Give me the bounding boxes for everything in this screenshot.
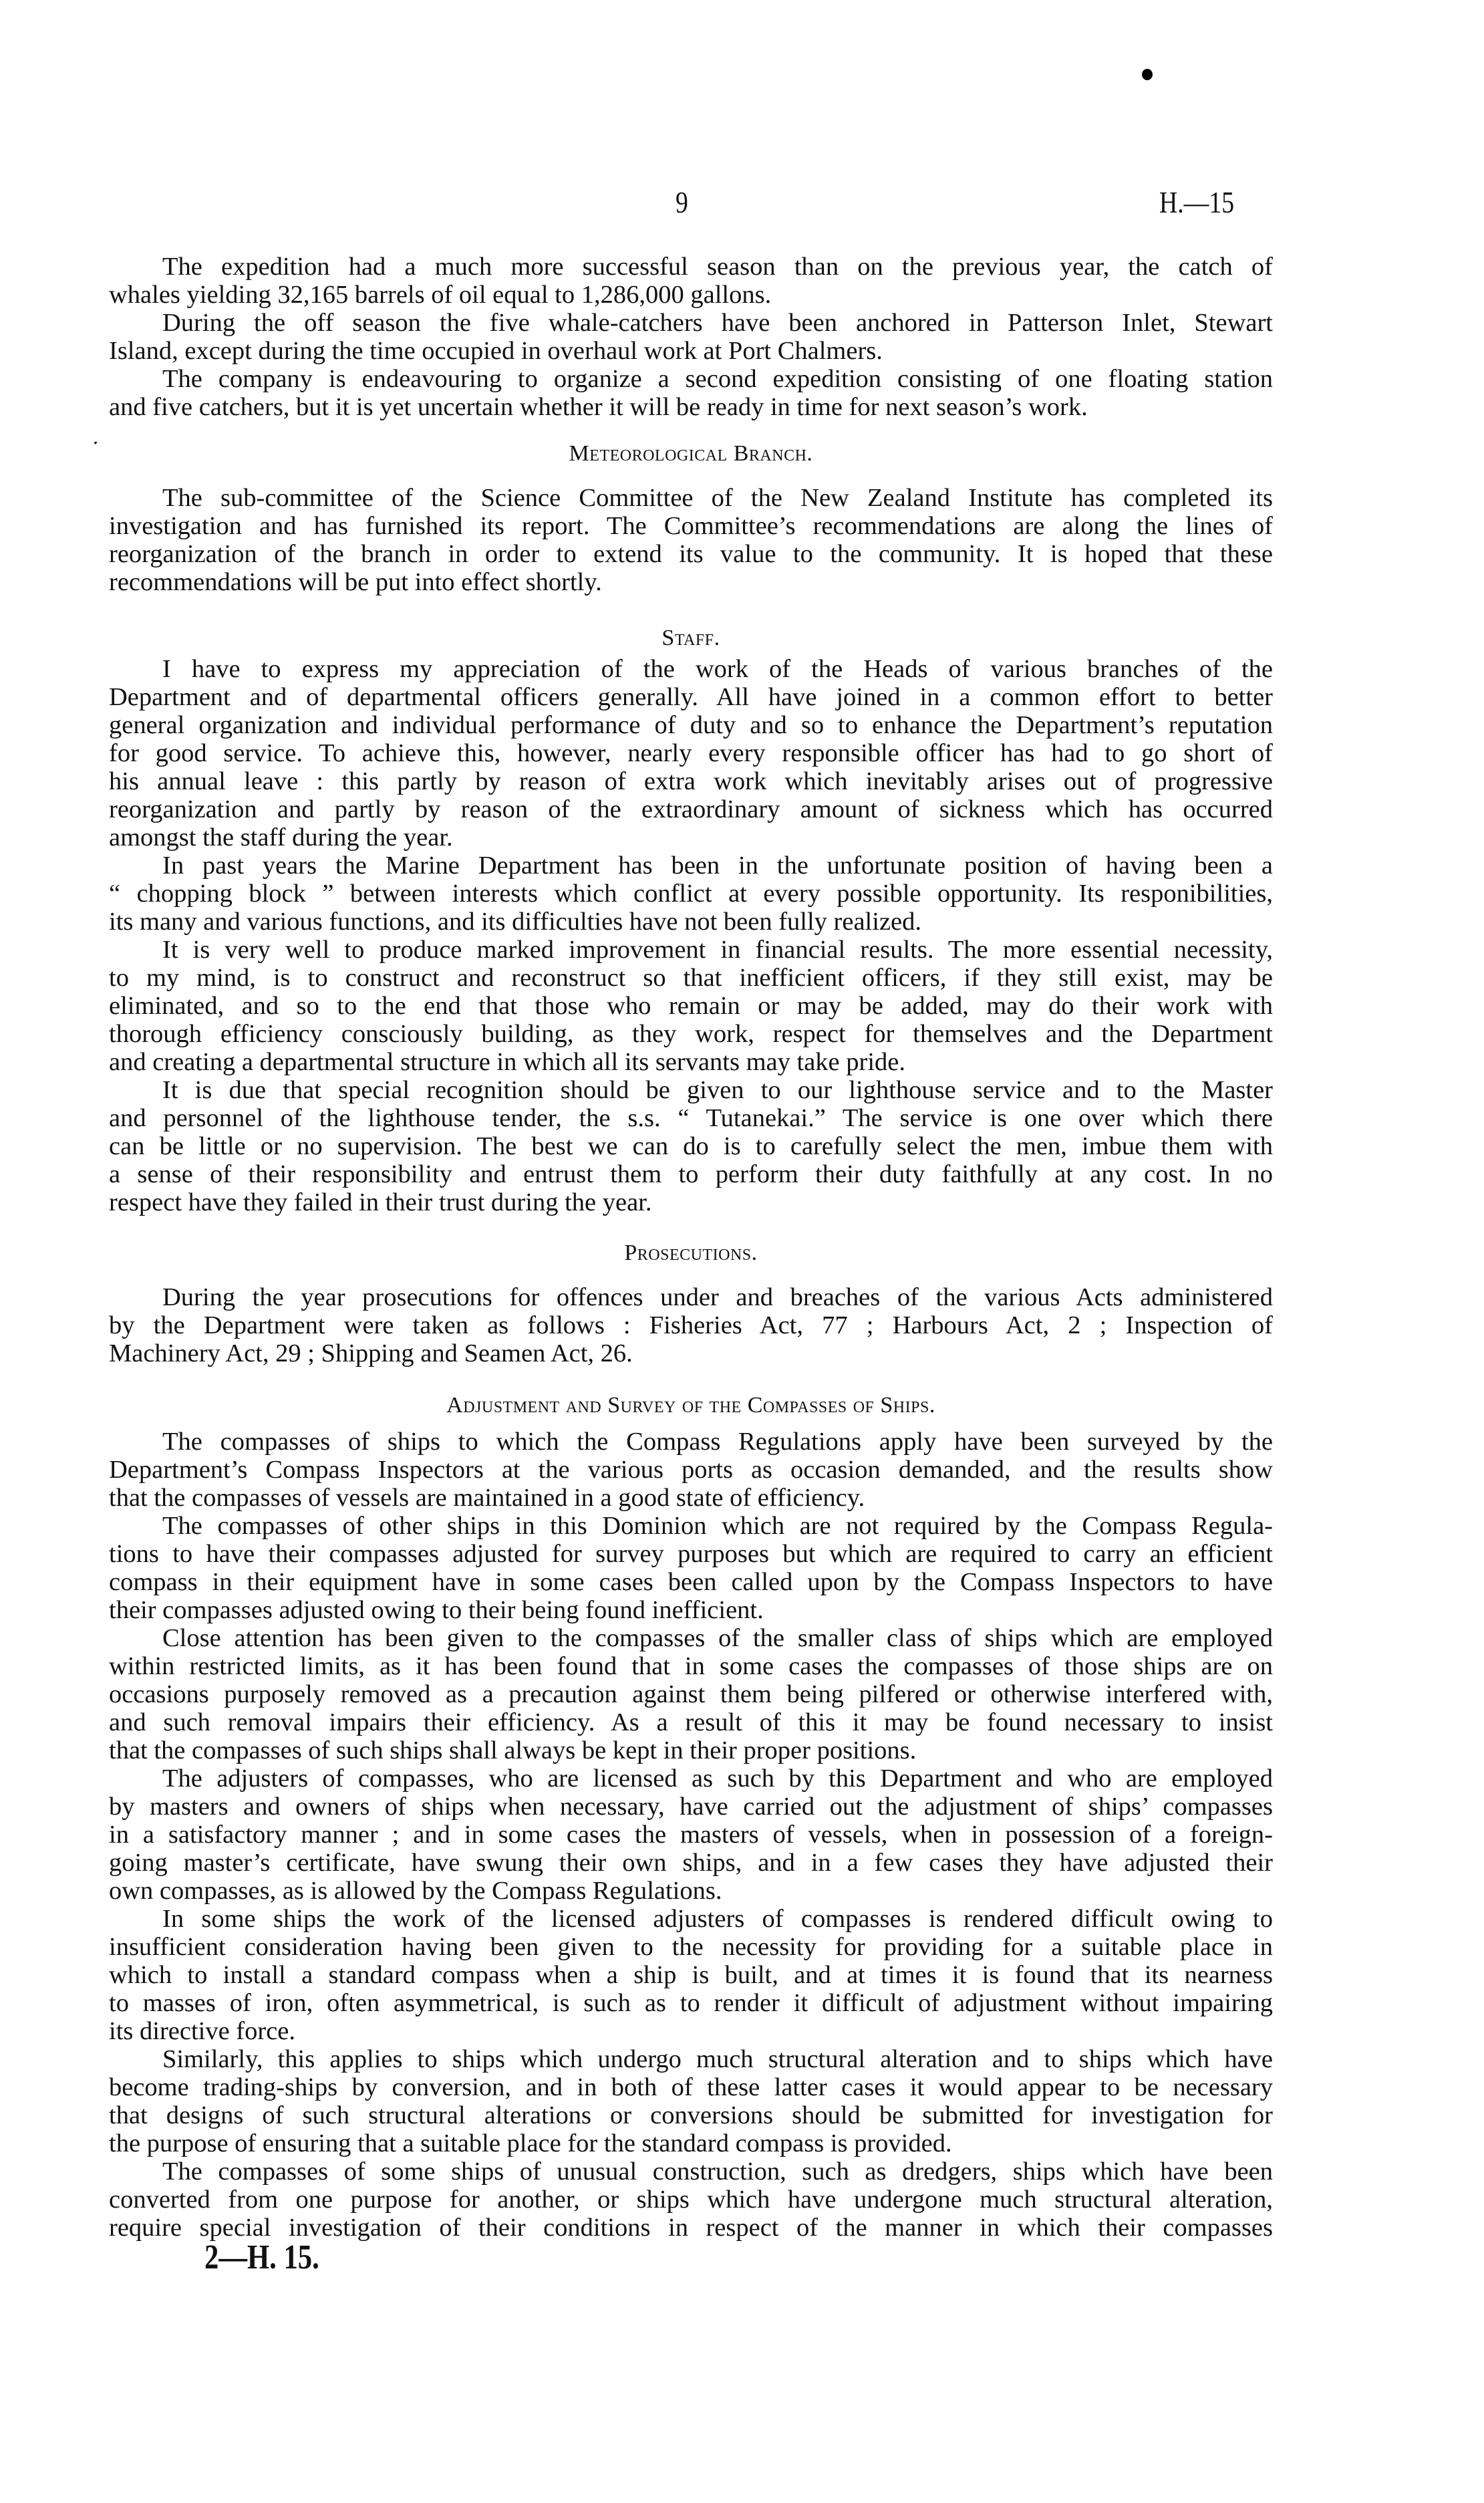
text-line: The compasses of some ships of unusual c… [109,2157,1273,2186]
section-heading-compasses: Adjustment and Survey of the Compasses o… [109,1392,1273,1420]
text-line: reorganization of the branch in order to… [109,540,1273,568]
text-line: The sub-committee of the Science Committ… [109,484,1273,512]
text-line: reorganization and partly by reason of t… [109,795,1273,823]
text-line: going master’s certificate, have swung t… [109,1849,1273,1877]
paragraph: The compasses of other ships in this Dom… [109,1512,1273,1624]
paragraph: The expedition had a much more successfu… [109,253,1273,309]
paragraph: It is very well to produce marked improv… [109,936,1273,1076]
text-line: and five catchers, but it is yet uncerta… [109,393,1273,421]
paragraph: In some ships the work of the licensed a… [109,1905,1273,2045]
text-line: its many and various functions, and its … [109,908,1273,936]
text-line: The expedition had a much more successfu… [109,253,1273,281]
paragraph: Similarly, this applies to ships which u… [109,2045,1273,2157]
text-line: which to install a standard compass when… [109,1961,1273,1989]
section-heading-staff: Staff. [109,624,1273,652]
text-line: Department’s Compass Inspectors at the v… [109,1456,1273,1484]
text-line: his annual leave : this partly by reason… [109,767,1273,795]
text-line: The adjusters of compasses, who are lice… [109,1764,1273,1793]
text-line: the purpose of ensuring that a suitable … [109,2129,1273,2157]
text-line: In some ships the work of the licensed a… [109,1905,1273,1933]
text-line: thorough efficiency consciously building… [109,1020,1273,1048]
text-line: occasions purposely removed as a precaut… [109,1680,1273,1708]
text-line: Machinery Act, 29 ; Shipping and Seamen … [109,1339,1273,1367]
text-line: tions to have their compasses adjusted f… [109,1540,1273,1568]
text-line: a sense of their responsibility and entr… [109,1160,1273,1188]
paragraph: The company is endeavouring to organize … [109,365,1273,421]
text-line: whales yielding 32,165 barrels of oil eq… [109,281,1273,309]
text-line: Department and of departmental officers … [109,683,1273,711]
text-line: compass in their equipment have in some … [109,1568,1273,1596]
paragraph: During the off season the five whale-cat… [109,309,1273,365]
paragraph: It is due that special recognition shoul… [109,1076,1273,1216]
text-line: that designs of such structural alterati… [109,2101,1273,2129]
text-line: recommendations will be put into effect … [109,568,1273,596]
text-line: to my mind, is to construct and reconstr… [109,964,1273,992]
text-line: require special investigation of their c… [109,2214,1273,2242]
text-line: I have to express my appreciation of the… [109,655,1273,683]
text-line: “ chopping block ” between interests whi… [109,880,1273,908]
text-line: its directive force. [109,2017,1273,2045]
text-line: amongst the staff during the year. [109,823,1273,851]
section-staff: I have to express my appreciation of the… [109,655,1273,1216]
text-line: It is due that special recognition shoul… [109,1076,1273,1104]
text-line: within restricted limits, as it has been… [109,1652,1273,1680]
section-prosecutions: During the year prosecutions for offence… [109,1283,1273,1367]
text-line: respect have they failed in their trust … [109,1188,1273,1216]
text-line: to masses of iron, often asymmetrical, i… [109,1989,1273,2017]
section-compasses: The compasses of ships to which the Comp… [109,1428,1273,2242]
text-line: their compasses adjusted owing to their … [109,1596,1273,1624]
text-line: converted from one purpose for another, … [109,2186,1273,2214]
section-whaling: The expedition had a much more successfu… [109,253,1273,421]
text-line: that the compasses of vessels are mainta… [109,1484,1273,1512]
text-line: become trading-ships by conversion, and … [109,2073,1273,2101]
text-line: The compasses of ships to which the Comp… [109,1428,1273,1456]
text-line: Island, except during the time occupied … [109,337,1273,365]
text-line: Similarly, this applies to ships which u… [109,2045,1273,2073]
paragraph: Close attention has been given to the co… [109,1624,1273,1764]
text-line: and personnel of the lighthouse tender, … [109,1104,1273,1132]
text-line: general organization and individual perf… [109,711,1273,739]
text-line: It is very well to produce marked improv… [109,936,1273,964]
text-line: and such removal impairs their efficienc… [109,1708,1273,1736]
text-line: In past years the Marine Department has … [109,851,1273,880]
text-line: own compasses, as is allowed by the Comp… [109,1877,1273,1905]
paragraph: During the year prosecutions for offence… [109,1283,1273,1367]
text-line: investigation and has furnished its repo… [109,512,1273,540]
paragraph: The adjusters of compasses, who are lice… [109,1764,1273,1905]
paragraph: The compasses of some ships of unusual c… [109,2157,1273,2242]
text-line: The compasses of other ships in this Dom… [109,1512,1273,1540]
signature-mark: 2—H. 15. [204,2240,319,2275]
text-line: During the off season the five whale-cat… [109,309,1273,337]
text-line: insufficient consideration having been g… [109,1933,1273,1961]
margin-speck-mark [94,441,98,444]
text-line: eliminated, and so to the end that those… [109,992,1273,1020]
section-heading-prosecutions: Prosecutions. [109,1239,1273,1267]
section-heading-meteorological: Meteorological Branch. [109,440,1273,468]
page-number: 9 [676,187,688,218]
text-line: by the Department were taken as follows … [109,1311,1273,1339]
ink-dot-mark [1142,69,1153,80]
paragraph: The sub-committee of the Science Committ… [109,484,1273,596]
text-line: in a satisfactory manner ; and in some c… [109,1821,1273,1849]
section-meteorological: The sub-committee of the Science Committ… [109,484,1273,596]
text-line: Close attention has been given to the co… [109,1624,1273,1652]
text-line: The company is endeavouring to organize … [109,365,1273,393]
text-line: for good service. To achieve this, howev… [109,739,1273,767]
paper-reference: H.—15 [1159,187,1234,218]
text-line: During the year prosecutions for offence… [109,1283,1273,1311]
paragraph: I have to express my appreciation of the… [109,655,1273,851]
paragraph: In past years the Marine Department has … [109,851,1273,936]
text-line: and creating a departmental structure in… [109,1048,1273,1076]
text-line: by masters and owners of ships when nece… [109,1793,1273,1821]
paragraph: The compasses of ships to which the Comp… [109,1428,1273,1512]
text-line: that the compasses of such ships shall a… [109,1736,1273,1764]
text-line: can be little or no supervision. The bes… [109,1132,1273,1160]
